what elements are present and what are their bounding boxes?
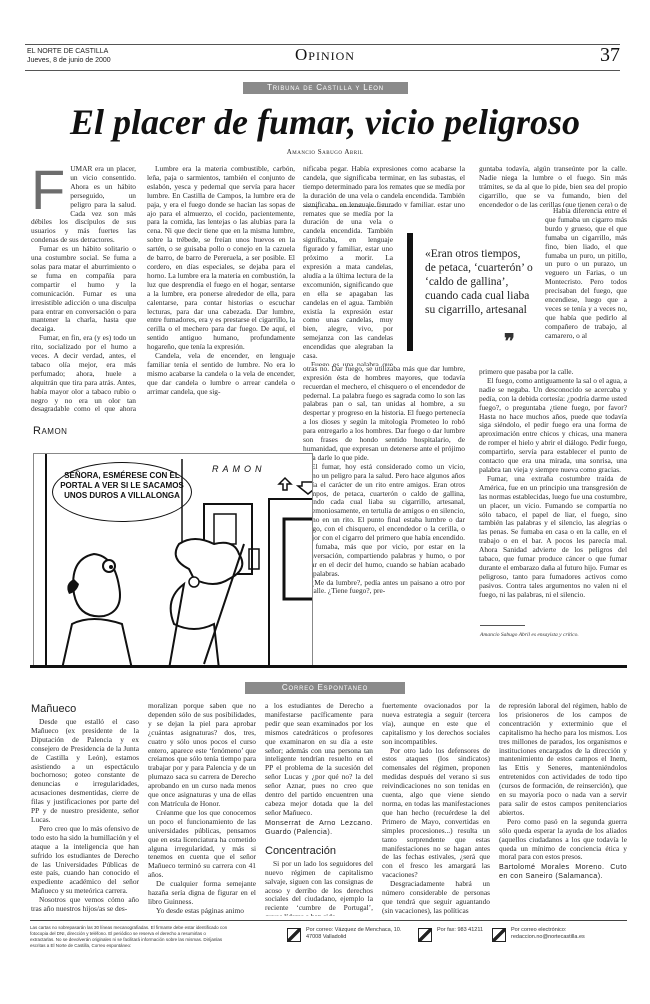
email-address[interactable]: Por correo electrónico: redaccion.no@nor… [511, 927, 631, 941]
envelope-icon [287, 928, 301, 942]
paragraph: Fumar, una extraña costumbre traída de A… [479, 475, 627, 600]
letters-rules: Las cartas no sobrepasarán las 30 líneas… [30, 925, 230, 949]
letter-column-2: moralizan porque saben que no dependen s… [148, 702, 256, 916]
letter-title-manueco: Mañueco [31, 702, 139, 716]
paragraph: moralizan porque saben que no dependen s… [148, 702, 256, 809]
letter-title-concentracion: Concentración [265, 844, 373, 858]
author-note: Amancio Sabugo Abril es ensayista y crít… [480, 632, 630, 638]
paragraph: Había diferencia entre el que fumaba un … [545, 207, 627, 341]
article-column-2: Lumbre era la materia combustible, carbó… [147, 165, 295, 415]
fax-icon [418, 928, 432, 942]
paragraph: Si por un lado los seguidores del nuevo … [265, 860, 373, 916]
computer-icon [492, 928, 506, 942]
paragraph: nificaba pegar. Había expresiones como a… [303, 165, 465, 207]
page-number: 37 [600, 44, 620, 67]
closing-quote-icon: ❞ [504, 329, 515, 354]
paragraph: nificaba pegar. Había expresiones como a… [303, 206, 393, 361]
mail-address: Por correo: Vázquez de Menchaca, 10. 470… [306, 927, 406, 941]
paragraph: fuertemente ovacionados por la nueva est… [382, 702, 490, 747]
letter-column-1: Mañueco Desde que estalló el caso Mañuec… [31, 702, 139, 916]
paragraph: guntaba todavía, algún transeúnte por la… [479, 165, 627, 207]
cartoon-label: Ramon [33, 425, 67, 437]
paragraph: ¿Me da lumbre?, pedía antes un paisano a… [303, 579, 465, 597]
pull-quote: «Eran otros tiempos, de petaca, ‘cuarter… [407, 233, 531, 353]
paragraph: Nosotros que vemos cómo año tras año nue… [31, 896, 139, 914]
paragraph: Créanme que los que conocemos un poco el… [148, 809, 256, 880]
tribuna-band: Tribuna de Castilla y Leon [243, 82, 408, 94]
article-column-3-narrow: nificaba pegar. Había expresiones como a… [303, 206, 393, 366]
paragraph: El fuego, como antiguamente la sal o el … [479, 377, 627, 475]
pull-quote-bar [407, 233, 413, 351]
paragraph: De cualquier forma semejante hazaña serí… [148, 880, 256, 907]
letter-column-3: a los estudiantes de Derecho a manifesta… [265, 702, 373, 916]
footer-rule [30, 920, 627, 921]
cartoon-image: SEÑORA, ESMÉRESE CON EL PORTAL A VER SI … [33, 453, 313, 668]
article-column-3-top: nificaba pegar. Había expresiones como a… [303, 165, 465, 207]
paragraph: Fumar, en fin, era (y es) todo un rito, … [31, 334, 136, 415]
paragraph: Por otro lado los defensores de estos at… [382, 747, 490, 881]
letter-column-5: de represión laboral del régimen, hablo … [499, 702, 627, 916]
paragraph: Pero como pasó en la segunda guerra sólo… [499, 818, 627, 863]
paragraph: Pero creo que lo más ofensivo de todo es… [31, 825, 139, 896]
paragraph: Desgraciadamente habrá un número conside… [382, 880, 490, 916]
correo-band: Correo Espontaneo [245, 682, 405, 694]
article-column-4-side: Había diferencia entre el que fumaba un … [545, 207, 627, 367]
paragraph: Desde que estalló el caso Mañueco (ex pr… [31, 718, 139, 825]
letter-signer-2: Bartolomé Morales Moreno. Cuto en con Sa… [499, 862, 627, 880]
paragraph: Lumbre era la materia combustible, carbó… [147, 165, 295, 352]
paragraph: Fumar es un hábito solitario o una costu… [31, 245, 136, 334]
paragraph: Fuego es una palabra que da lugar a muy … [303, 365, 465, 463]
letter-column-4: fuertemente ovacionados por la nueva est… [382, 702, 490, 916]
article-column-4-top: guntaba todavía, algún transeúnte por la… [479, 165, 627, 207]
article-column-1: F UMAR era un placer, un vicio consentid… [31, 165, 136, 415]
author-note-rule [480, 625, 525, 626]
article-byline: Amancio Sabugo Abril [0, 148, 650, 156]
fax-number: Por fax: 983 41211 [437, 927, 487, 934]
paragraph: a los estudiantes de Derecho a manifesta… [265, 702, 373, 818]
pull-quote-text: «Eran otros tiempos, de petaca, ‘cuarter… [425, 247, 533, 317]
paragraph: Yo desde estas páginas animo [148, 907, 256, 916]
paragraph: El fumar, hoy está considerado como un v… [303, 463, 465, 579]
paragraph: Candela, vela de encender, en lenguaje f… [147, 352, 295, 397]
article-title: El placer de fumar, vicio peligroso [0, 100, 650, 144]
paragraph: de represión laboral del régimen, hablo … [499, 702, 627, 818]
header-bottom-rule [25, 70, 620, 71]
article-column-4-bottom: primero que pasaba por la calle. El fueg… [479, 368, 627, 618]
article-column-3-bottom: Fuego es una palabra que da lugar a muy … [303, 365, 465, 620]
section-title: Opinion [0, 45, 650, 65]
section-divider [30, 665, 627, 668]
cartoon-drawing-icon [34, 454, 313, 668]
dropcap: F [31, 167, 65, 213]
letter-signer-1: Monserrat de Arno Lezcano. Guardo (Palen… [265, 818, 373, 836]
